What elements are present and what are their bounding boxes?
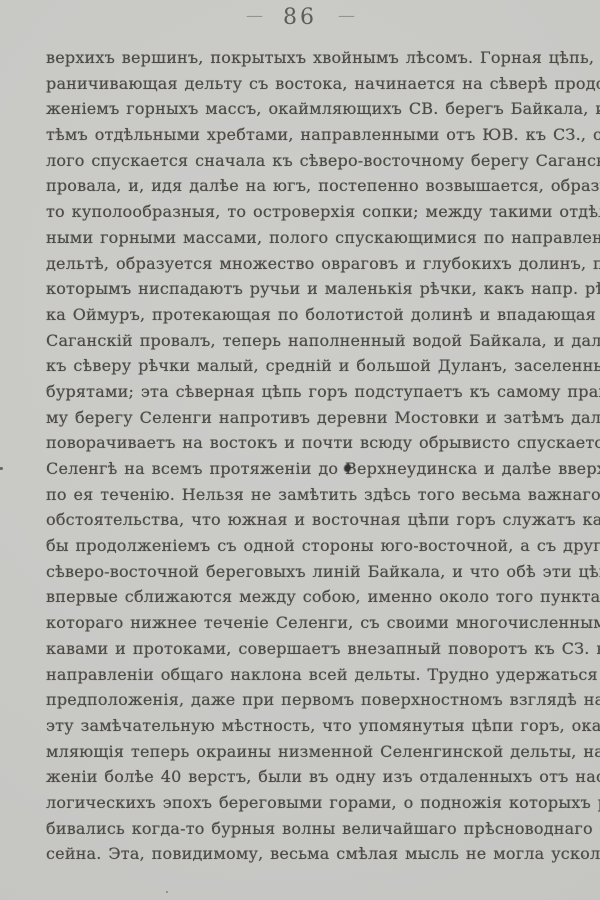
dust-speck <box>583 855 585 857</box>
dust-speck <box>203 856 205 857</box>
page-header: —86— <box>0 5 600 30</box>
dust-speck <box>166 891 168 893</box>
text-line: лого спускается сначала къ сѣверо-восточ… <box>46 148 562 174</box>
text-line: Селенгѣ на всемъ протяженіи до Верхнеуди… <box>46 456 562 482</box>
text-line: направленіи общаго наклона всей дельты. … <box>46 662 562 688</box>
header-dash-right: — <box>338 6 354 26</box>
text-line: которымъ ниспадаютъ ручьи и маленькія рѣ… <box>46 276 562 302</box>
text-line: сѣверо-восточной береговыхъ линій Байкал… <box>46 559 562 585</box>
header-dash-left: — <box>246 6 262 26</box>
scan-edge-mark <box>0 467 3 470</box>
text-line: тѣмъ отдѣльными хребтами, направленными … <box>46 122 562 148</box>
text-line: обстоятельства, что южная и восточная цѣ… <box>46 507 562 533</box>
text-line: по ея теченію. Нельзя не замѣтить здѣсь … <box>46 482 562 508</box>
text-line: бивались когда-то бурныя волны величайша… <box>46 816 562 842</box>
text-line: ка Оймуръ, протекающая по болотистой дол… <box>46 302 562 328</box>
text-line: ными горными массами, полого спускающими… <box>46 225 562 251</box>
text-line: женіемъ горныхъ массъ, окаймляющихъ СВ. … <box>46 96 562 122</box>
text-line: котораго нижнее теченіе Селенги, съ свои… <box>46 610 562 636</box>
text-line: провала, и, идя далѣе на югъ, постепенно… <box>46 173 562 199</box>
text-line: Саганскій провалъ, теперь наполненный во… <box>46 328 562 354</box>
text-line: му берегу Селенги напротивъ деревни Мост… <box>46 405 562 431</box>
text-line: предположенія, даже при первомъ поверхно… <box>46 687 562 713</box>
text-line: къ сѣверу рѣчки малый, средній и большой… <box>46 353 562 379</box>
text-line: верхихъ вершинъ, покрытыхъ хвойнымъ лѣсо… <box>46 45 562 71</box>
text-line: женіи болѣе 40 верстъ, были въ одну изъ … <box>46 764 562 790</box>
text-line: бурятами; эта сѣверная цѣпь горъ подступ… <box>46 379 562 405</box>
text-line: бы продолженіемъ съ одной стороны юго-во… <box>46 533 562 559</box>
dust-speck <box>519 857 521 859</box>
text-line: сейна. Эта, повидимому, весьма смѣлая мы… <box>46 841 562 867</box>
body-text-block: верхихъ вершинъ, покрытыхъ хвойнымъ лѣсо… <box>46 45 562 867</box>
text-line: впервые сближаются между собою, именно о… <box>46 584 562 610</box>
page-number: 86 <box>283 5 317 30</box>
text-line: то куполообразныя, то островерхія сопки;… <box>46 199 562 225</box>
scanned-book-page: —86— верхихъ вершинъ, покрытыхъ хвойнымъ… <box>0 0 600 900</box>
text-line: поворачиваетъ на востокъ и почти всюду о… <box>46 430 562 456</box>
text-line: мляющія теперь окраины низменной Селенги… <box>46 739 562 765</box>
text-line: эту замѣчательную мѣстность, что упомяну… <box>46 713 562 739</box>
text-line: кавами и протоками, совершаетъ внезапный… <box>46 636 562 662</box>
text-line: логическихъ эпохъ береговыми горами, о п… <box>46 790 562 816</box>
text-line: дельтѣ, образуется множество овраговъ и … <box>46 251 562 277</box>
text-line: раничивающая дельту съ востока, начинает… <box>46 71 562 97</box>
